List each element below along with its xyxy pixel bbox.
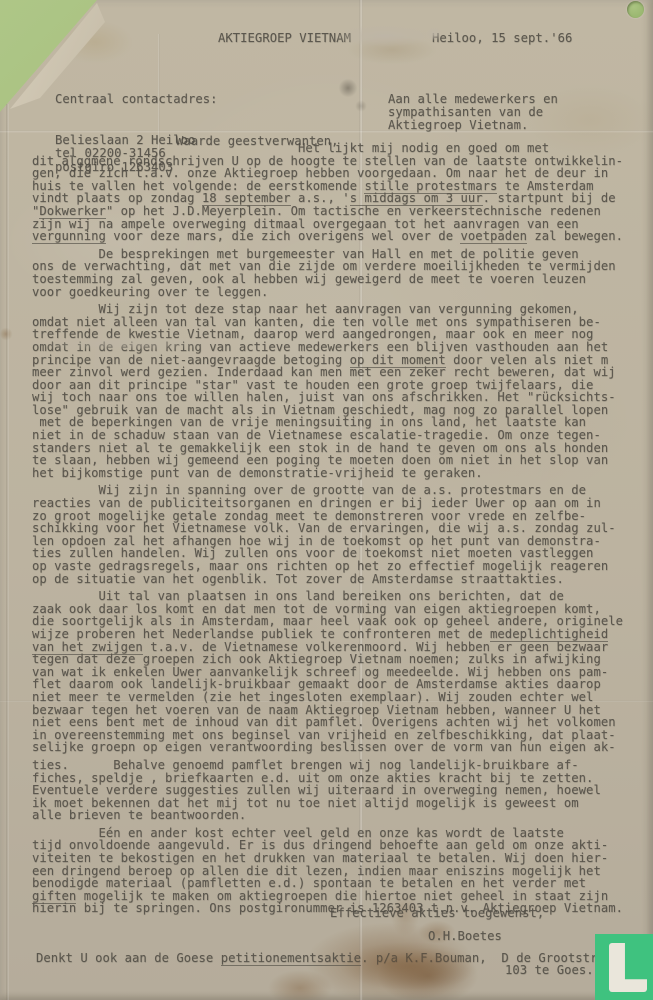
paragraph: Wij zijn tot deze stap naar het aanvrage… (32, 303, 632, 479)
paragraph: Het lijkt mij nodig en goed om metdit al… (32, 142, 632, 243)
text-line: het bijkomstige punt van de demonstratie… (32, 467, 632, 480)
dateline: Heiloo, 15 sept.'66 (432, 31, 572, 45)
text-line: selijke groepn op eigen verantwoording b… (32, 741, 632, 754)
underlined-text: petitionementsaktie (221, 951, 361, 966)
watermark-logo (595, 934, 653, 1000)
hole-punch (627, 1, 644, 18)
valediction: Effectieve akties toegewenst, (330, 906, 544, 920)
scanned-letter: AKTIEGROEP VIETNAM Heiloo, 15 sept.'66 C… (0, 0, 653, 1000)
text-line: alle brieven te beantwoorden. (32, 809, 632, 822)
underlined-text: vergunning (32, 229, 106, 244)
paragraph: Wij zijn in spanning over de grootte van… (32, 484, 632, 585)
text-line: vergunning voor deze mars, die zich over… (32, 230, 632, 243)
text-line: Aktiegroep Vietnam. (388, 119, 558, 132)
sender-label: Centraal contactadres: (55, 93, 218, 106)
letter-body: Het lijkt mij nodig en goed om metdit al… (32, 142, 632, 920)
text-line: op de situatie van het ogenblik. Tot zov… (32, 573, 632, 586)
footer-note-line2: 103 te Goes. (505, 963, 594, 977)
text-line: voor goedkeuring over te leggen. (32, 286, 632, 299)
paragraph: De besprekingen met burgemeester van Hal… (32, 248, 632, 298)
underlined-text: voetpaden (460, 229, 527, 244)
letter-title: AKTIEGROEP VIETNAM (218, 31, 351, 45)
paragraph: ties. Behalve genoemd pamflet brengen wi… (32, 759, 632, 822)
paragraph: Eén en ander kost echter veel geld en on… (32, 827, 632, 915)
recipient-lines: Aan alle medewerkers ensympathisanten va… (388, 93, 558, 133)
watermark-letter-l-icon (609, 943, 647, 992)
paragraph: Uit tal van plaatsen in ons land bereike… (32, 590, 632, 754)
signature: O.H.Boetes (428, 929, 502, 943)
